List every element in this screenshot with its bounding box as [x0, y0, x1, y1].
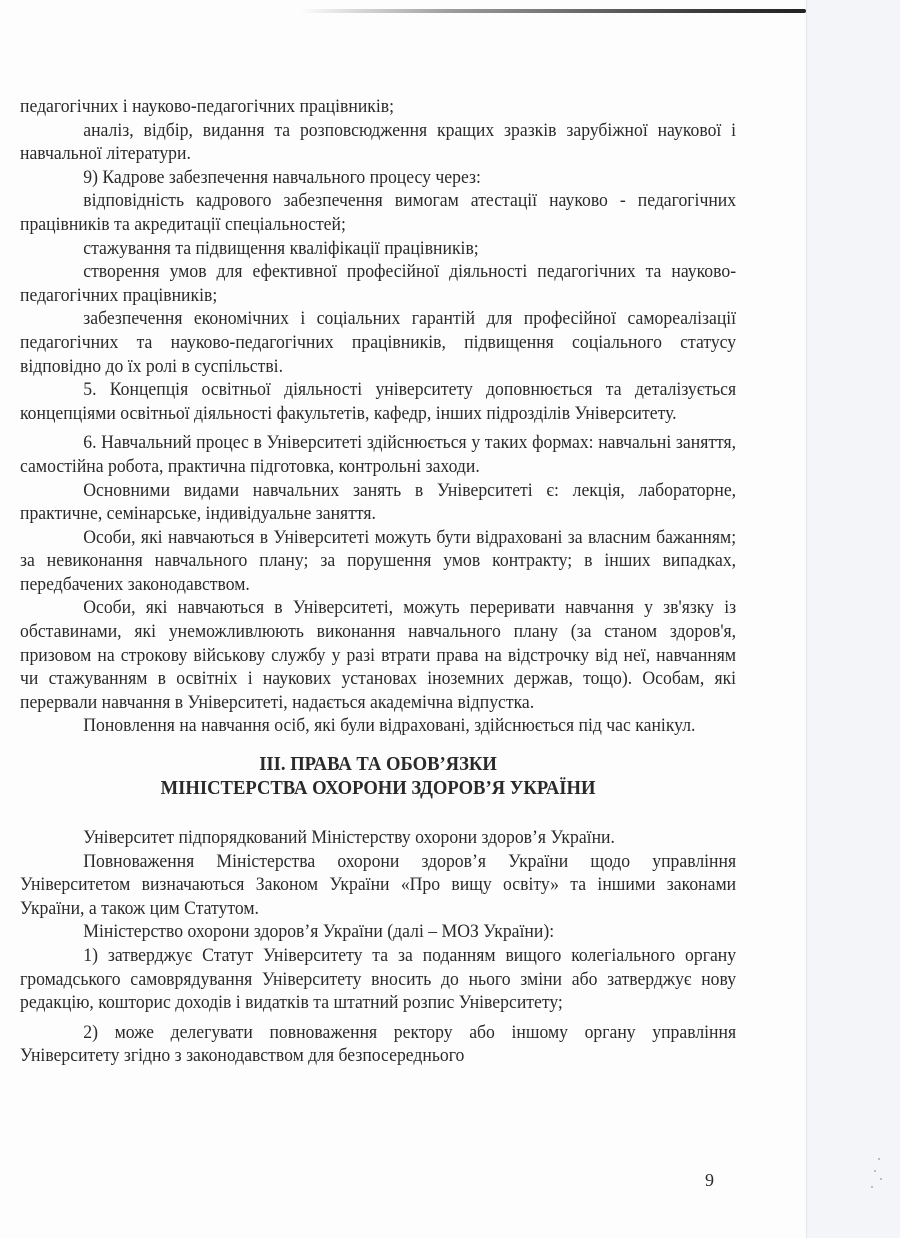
paragraph: Поновлення на навчання осіб, які були ві… — [20, 714, 736, 738]
paragraph: Особи, які навчаються в Університеті мож… — [20, 526, 736, 597]
paragraph: Університет підпорядкований Міністерству… — [20, 826, 736, 850]
scan-speck — [871, 1186, 873, 1188]
section-heading-line-1: III. ПРАВА ТА ОБОВ’ЯЗКИ — [20, 752, 736, 776]
paragraph: аналіз, відбір, видання та розповсюдженн… — [20, 119, 736, 166]
paragraph: 9) Кадрове забезпечення навчального проц… — [20, 166, 736, 190]
document-body: педагогічних і науково-педагогічних прац… — [20, 95, 736, 1068]
paragraph: Основними видами навчальних занять в Уні… — [20, 479, 736, 526]
paragraph: 1) затверджує Статут Університету та за … — [20, 944, 736, 1015]
scan-speck — [880, 1178, 882, 1180]
paragraph: стажування та підвищення кваліфікації пр… — [20, 237, 736, 261]
scan-speck — [878, 1158, 880, 1160]
paragraph: педагогічних і науково-педагогічних прац… — [20, 95, 736, 119]
paragraph: 6. Навчальний процес в Університеті здій… — [20, 431, 736, 478]
section-heading: III. ПРАВА ТА ОБОВ’ЯЗКИ МІНІСТЕРСТВА ОХО… — [20, 752, 736, 800]
scan-page-edge — [300, 9, 806, 13]
document-page: педагогічних і науково-педагогічних прац… — [0, 0, 807, 1238]
paragraph: 5. Концепція освітньої діяльності універ… — [20, 378, 736, 425]
paragraph: відповідність кадрового забезпечення вим… — [20, 189, 736, 236]
paragraph: Міністерство охорони здоров’я України (д… — [20, 920, 736, 944]
paragraph: створення умов для ефективної професійно… — [20, 260, 736, 307]
page-number: 9 — [705, 1170, 714, 1191]
paragraph: 2) може делегувати повноваження ректору … — [20, 1021, 736, 1068]
section-heading-line-2: МІНІСТЕРСТВА ОХОРОНИ ЗДОРОВ’Я УКРАЇНИ — [20, 776, 736, 800]
paragraph: забезпечення економічних і соціальних га… — [20, 307, 736, 378]
paragraph: Повноваження Міністерства охорони здоров… — [20, 850, 736, 921]
scan-speck — [874, 1170, 876, 1172]
paragraph: Особи, які навчаються в Університеті, мо… — [20, 596, 736, 714]
